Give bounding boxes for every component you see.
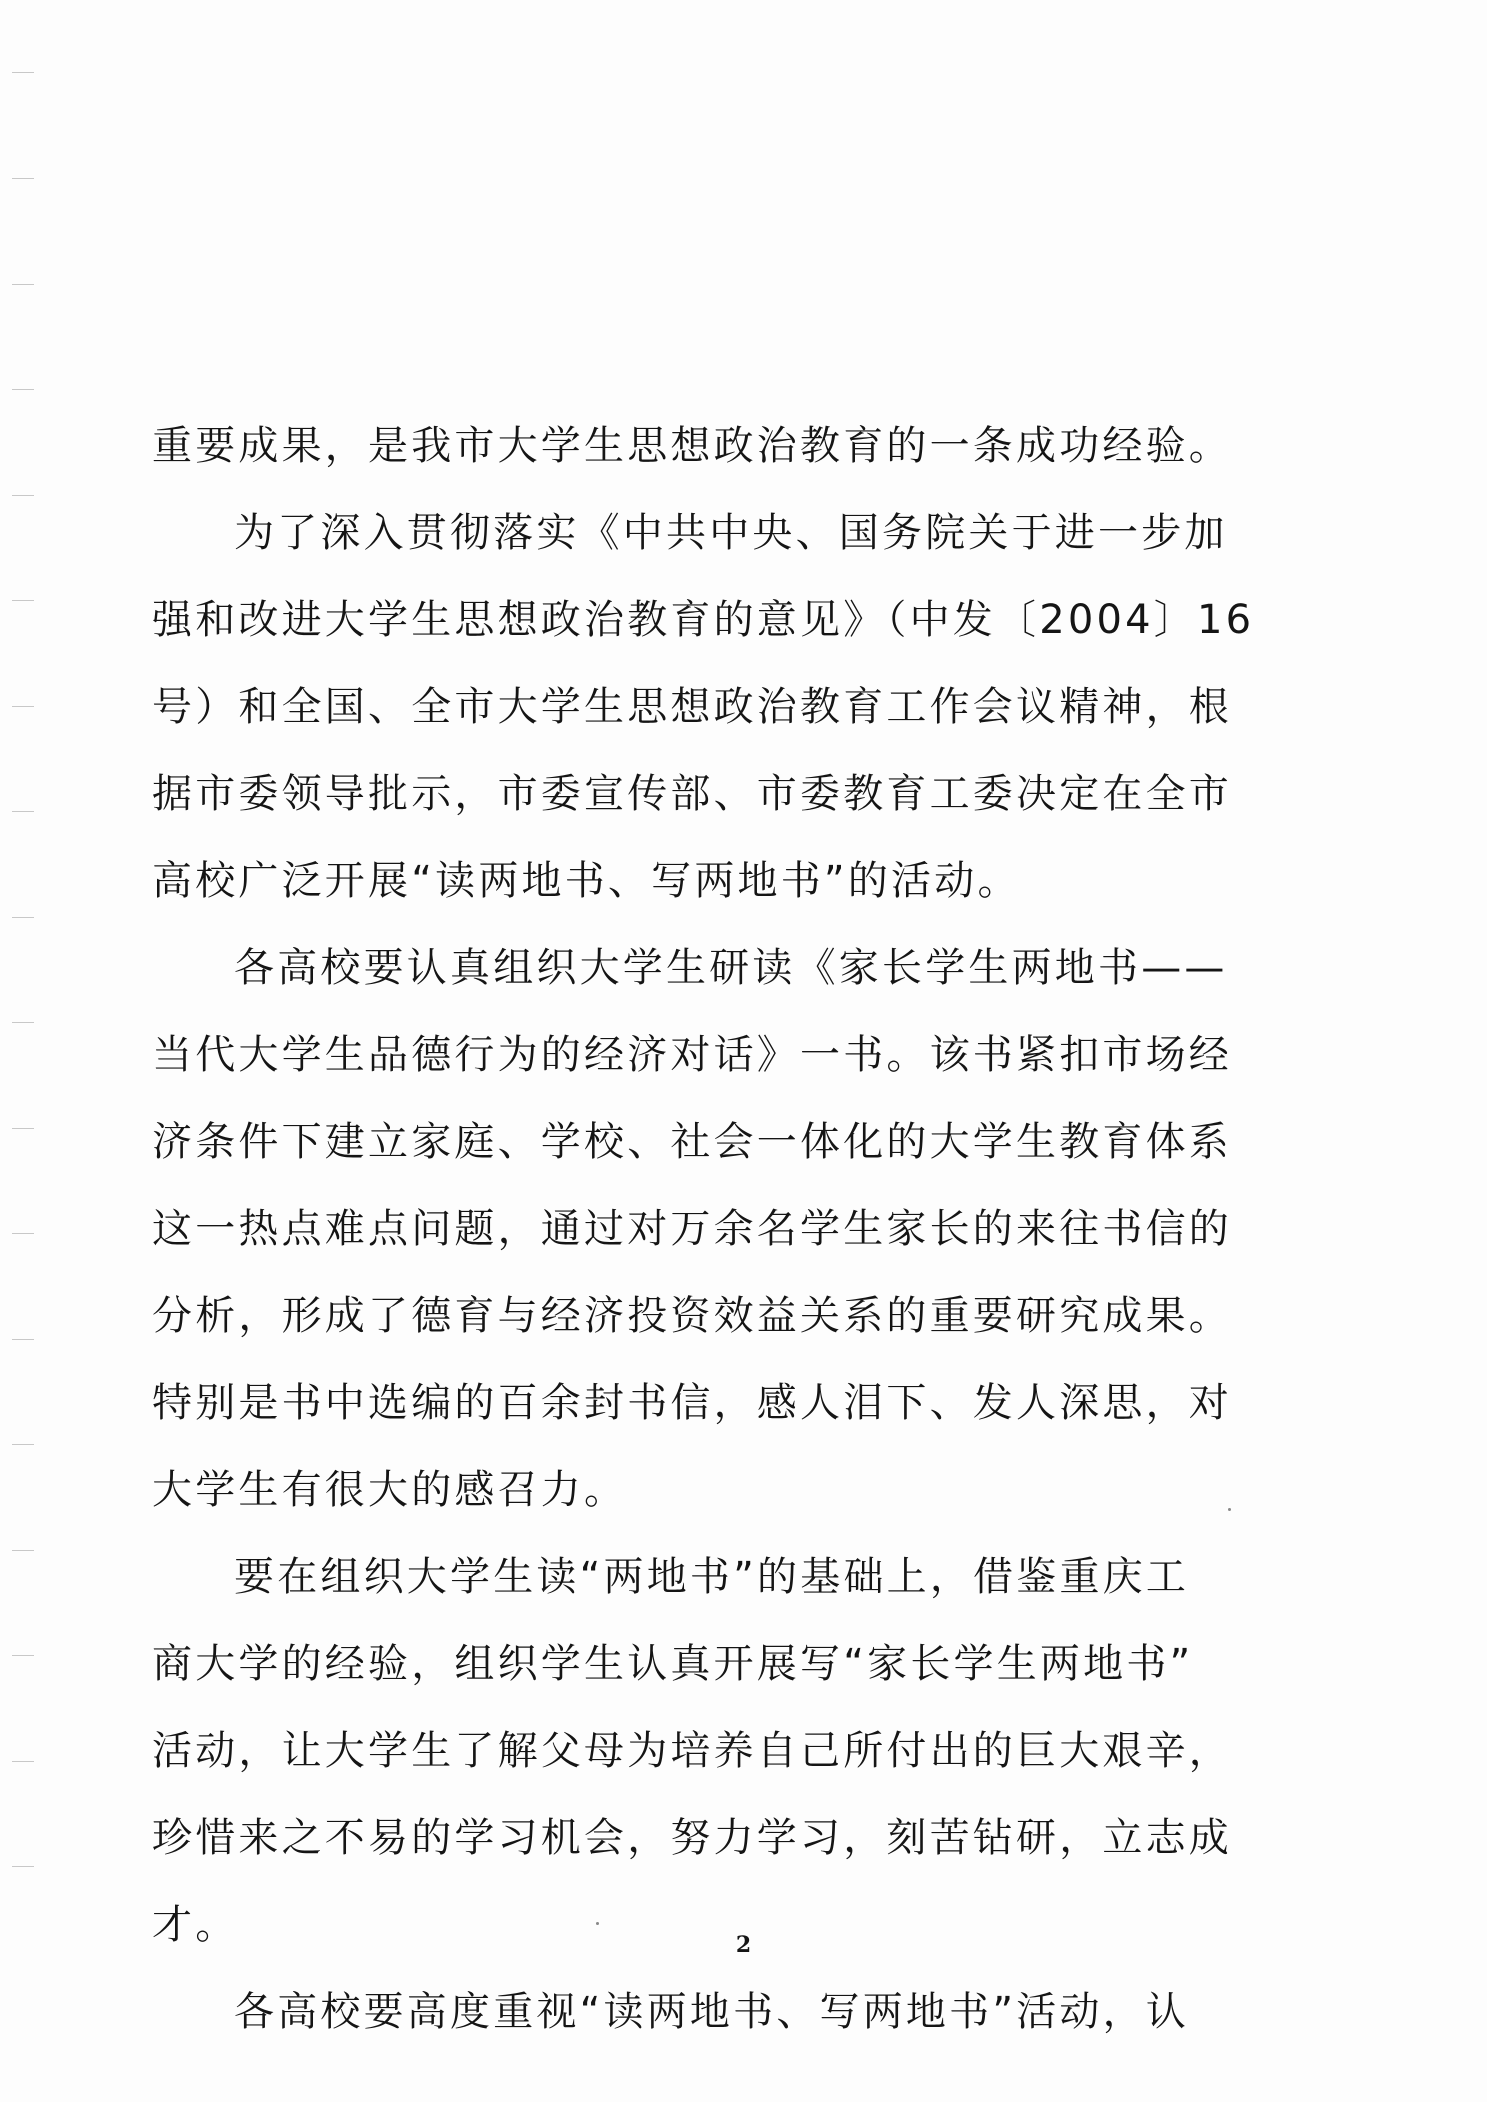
margin-mark	[12, 811, 34, 812]
margin-mark	[12, 1339, 34, 1340]
margin-mark	[12, 284, 34, 285]
page-number: 2	[0, 1932, 1487, 1958]
document-page: 重要成果，是我市大学生思想政治教育的一条成功经验。 为了深入贯彻落实《中共中央、…	[0, 0, 1487, 2102]
margin-mark	[12, 178, 34, 179]
document-body: 重要成果，是我市大学生思想政治教育的一条成功经验。 为了深入贯彻落实《中共中央、…	[152, 403, 1192, 2056]
text-line: 分析，形成了德育与经济投资效益关系的重要研究成果。	[152, 1273, 1192, 1360]
paragraph-first-line: 为了深入贯彻落实《中共中央、国务院关于进一步加	[152, 490, 1192, 577]
margin-mark	[12, 72, 34, 73]
text-line: 珍惜来之不易的学习机会，努力学习，刻苦钻研，立志成	[152, 1795, 1192, 1882]
paragraph-first-line: 各高校要认真组织大学生研读《家长学生两地书——	[152, 925, 1192, 1012]
text-line: 重要成果，是我市大学生思想政治教育的一条成功经验。	[152, 403, 1192, 490]
paragraph-first-line: 要在组织大学生读“两地书”的基础上，借鉴重庆工	[152, 1534, 1192, 1621]
text-line: 活动，让大学生了解父母为培养自己所付出的巨大艰辛，	[152, 1708, 1192, 1795]
margin-mark	[12, 1655, 34, 1656]
margin-mark	[12, 1550, 34, 1551]
margin-mark	[12, 706, 34, 707]
margin-mark	[12, 389, 34, 390]
margin-mark	[12, 1866, 34, 1867]
text-line: 据市委领导批示，市委宣传部、市委教育工委决定在全市	[152, 751, 1192, 838]
binding-margin-marks	[0, 0, 40, 2102]
margin-mark	[12, 1128, 34, 1129]
scan-speck	[1228, 1508, 1231, 1511]
text-line: 特别是书中选编的百余封书信，感人泪下、发人深思，对	[152, 1360, 1192, 1447]
text-line: 济条件下建立家庭、学校、社会一体化的大学生教育体系	[152, 1099, 1192, 1186]
text-line: 大学生有很大的感召力。	[152, 1447, 1192, 1534]
margin-mark	[12, 1022, 34, 1023]
paragraph-first-line: 各高校要高度重视“读两地书、写两地书”活动，认	[152, 1969, 1192, 2056]
text-line: 号）和全国、全市大学生思想政治教育工作会议精神，根	[152, 664, 1192, 751]
margin-mark	[12, 1444, 34, 1445]
margin-mark	[12, 1761, 34, 1762]
text-line: 当代大学生品德行为的经济对话》一书。该书紧扣市场经	[152, 1012, 1192, 1099]
text-line: 商大学的经验，组织学生认真开展写“家长学生两地书”	[152, 1621, 1192, 1708]
margin-mark	[12, 1233, 34, 1234]
margin-mark	[12, 600, 34, 601]
text-line: 强和改进大学生思想政治教育的意见》（中发〔2004〕16	[152, 577, 1192, 664]
margin-mark	[12, 917, 34, 918]
margin-mark	[12, 495, 34, 496]
text-line: 高校广泛开展“读两地书、写两地书”的活动。	[152, 838, 1192, 925]
text-line: 这一热点难点问题，通过对万余名学生家长的来往书信的	[152, 1186, 1192, 1273]
